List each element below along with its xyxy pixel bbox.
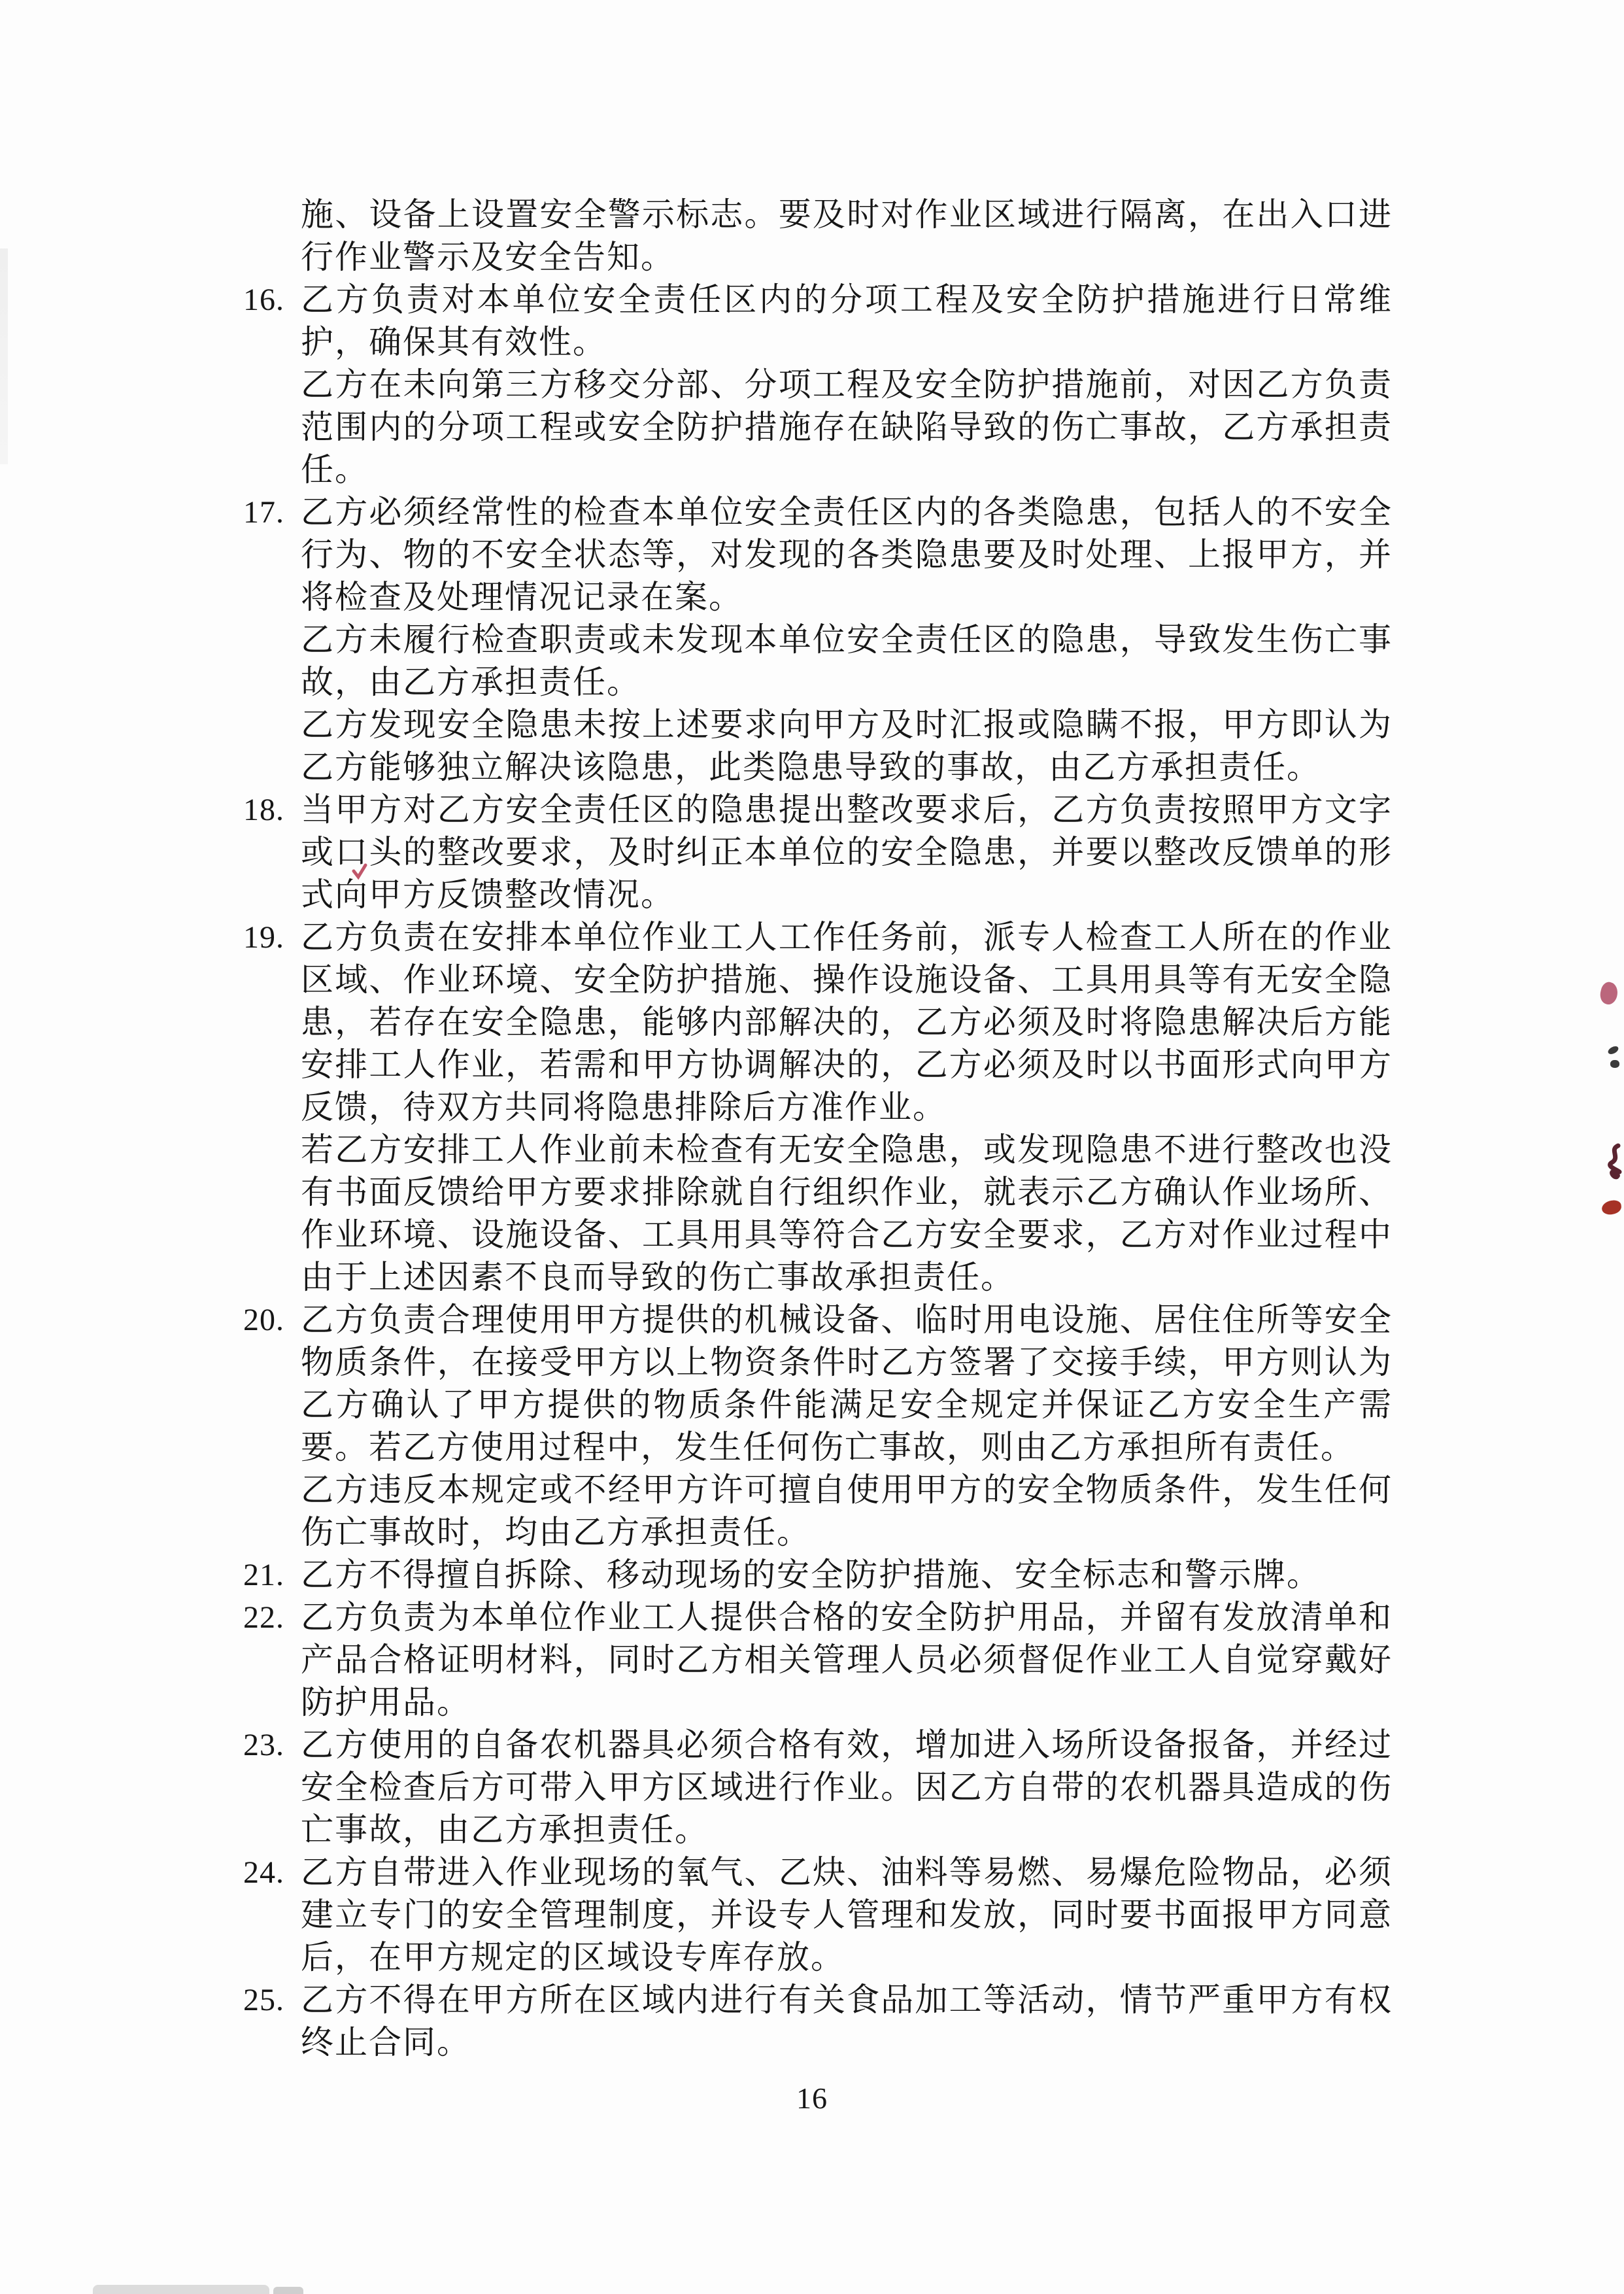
clause-number: 20.	[243, 1299, 301, 1341]
clause-paragraph: 乙方使用的自备农机器具必须合格有效，增加进入场所设备报备，并经过安全检查后方可带…	[301, 1724, 1393, 1851]
clause-number: 18.	[243, 789, 301, 831]
clause-paragraph: 乙方不得擅自拆除、移动现场的安全防护措施、安全标志和警示牌。	[301, 1554, 1393, 1596]
clause-paragraph: 当甲方对乙方安全责任区的隐患提出整改要求后，乙方负责按照甲方文字或口头的整改要求…	[301, 789, 1393, 916]
clause-text: 乙方负责在安排本单位作业工人工作任务前，派专人检查工人所在的作业区域、作业环境、…	[301, 916, 1393, 1299]
clause-text: 当甲方对乙方安全责任区的隐患提出整改要求后，乙方负责按照甲方文字或口头的整改要求…	[301, 789, 1393, 916]
clause-text: 乙方负责合理使用甲方提供的机械设备、临时用电设施、居住住所等安全物质条件，在接受…	[301, 1299, 1393, 1554]
bottom-edge-smudge	[93, 2285, 269, 2294]
carryover-paragraph-text: 施、设备上设置安全警示标志。要及时对作业区域进行隔离，在出入口进行作业警示及安全…	[301, 194, 1393, 279]
clause-number: 25.	[243, 1979, 301, 2021]
clause-paragraph: 乙方必须经常性的检查本单位安全责任区内的各类隐患，包括人的不安全行为、物的不安全…	[301, 491, 1393, 619]
clause-text: 乙方负责为本单位作业工人提供合格的安全防护用品，并留有发放清单和产品合格证明材料…	[301, 1596, 1393, 1724]
clause-text: 乙方不得在甲方所在区域内进行有关食品加工等活动，情节严重甲方有权终止合同。	[301, 1979, 1393, 2064]
carryover-paragraph-row: 施、设备上设置安全警示标志。要及时对作业区域进行隔离，在出入口进行作业警示及安全…	[243, 194, 1394, 279]
clause-row: 23.乙方使用的自备农机器具必须合格有效，增加进入场所设备报备，并经过安全检查后…	[243, 1724, 1394, 1851]
clause-row: 16.乙方负责对本单位安全责任区内的分项工程及安全防护措施进行日常维护，确保其有…	[243, 279, 1394, 491]
red-ink-blob	[1601, 1199, 1623, 1216]
clause-text: 乙方使用的自备农机器具必须合格有效，增加进入场所设备报备，并经过安全检查后方可带…	[301, 1724, 1393, 1851]
contract-text-block: 施、设备上设置安全警示标志。要及时对作业区域进行隔离，在出入口进行作业警示及安全…	[243, 194, 1394, 2064]
clause-paragraph: 乙方自带进入作业现场的氧气、乙炔、油料等易燃、易爆危险物品，必须建立专门的安全管…	[301, 1851, 1393, 1979]
clause-row: 21.乙方不得擅自拆除、移动现场的安全防护措施、安全标志和警示牌。	[243, 1554, 1394, 1596]
clause-paragraph: 施、设备上设置安全警示标志。要及时对作业区域进行隔离，在出入口进行作业警示及安全…	[301, 194, 1393, 279]
clause-paragraph: 乙方负责合理使用甲方提供的机械设备、临时用电设施、居住住所等安全物质条件，在接受…	[301, 1299, 1393, 1469]
clause-row: 22.乙方负责为本单位作业工人提供合格的安全防护用品，并留有发放清单和产品合格证…	[243, 1596, 1394, 1724]
clause-paragraph: 乙方发现安全隐患未按上述要求向甲方及时汇报或隐瞒不报，甲方即认为乙方能够独立解决…	[301, 704, 1393, 789]
clause-row: 17.乙方必须经常性的检查本单位安全责任区内的各类隐患，包括人的不安全行为、物的…	[243, 491, 1394, 789]
clause-paragraph: 乙方负责为本单位作业工人提供合格的安全防护用品，并留有发放清单和产品合格证明材料…	[301, 1596, 1393, 1724]
clause-paragraph: 乙方负责对本单位安全责任区内的分项工程及安全防护措施进行日常维护，确保其有效性。	[301, 279, 1393, 364]
clause-text: 乙方不得擅自拆除、移动现场的安全防护措施、安全标志和警示牌。	[301, 1554, 1393, 1596]
clause-paragraph: 乙方在未向第三方移交分部、分项工程及安全防护措施前，对因乙方负责范围内的分项工程…	[301, 364, 1393, 491]
clause-text: 乙方必须经常性的检查本单位安全责任区内的各类隐患，包括人的不安全行为、物的不安全…	[301, 491, 1393, 789]
clause-text: 乙方负责对本单位安全责任区内的分项工程及安全防护措施进行日常维护，确保其有效性。…	[301, 279, 1393, 491]
clause-paragraph: 乙方不得在甲方所在区域内进行有关食品加工等活动，情节严重甲方有权终止合同。	[301, 1979, 1393, 2064]
dark-ink-speck	[1610, 1060, 1619, 1068]
red-check-mark	[352, 863, 367, 880]
clause-row: 20.乙方负责合理使用甲方提供的机械设备、临时用电设施、居住住所等安全物质条件，…	[243, 1299, 1394, 1554]
contract-clauses-list: 16.乙方负责对本单位安全责任区内的分项工程及安全防护措施进行日常维护，确保其有…	[243, 279, 1394, 2064]
clause-row: 24.乙方自带进入作业现场的氧气、乙炔、油料等易燃、易爆危险物品，必须建立专门的…	[243, 1851, 1394, 1979]
clause-number: 22.	[243, 1596, 301, 1639]
clause-number: 21.	[243, 1554, 301, 1596]
page-number: 16	[0, 2081, 1624, 2115]
clause-paragraph: 若乙方安排工人作业前未检查有无安全隐患，或发现隐患不进行整改也没有书面反馈给甲方…	[301, 1129, 1393, 1299]
clause-text: 乙方自带进入作业现场的氧气、乙炔、油料等易燃、易爆危险物品，必须建立专门的安全管…	[301, 1851, 1393, 1979]
pink-ink-mark	[1598, 980, 1619, 1006]
clause-number: 17.	[243, 491, 301, 534]
clause-number: 19.	[243, 916, 301, 959]
clause-row: 25.乙方不得在甲方所在区域内进行有关食品加工等活动，情节严重甲方有权终止合同。	[243, 1979, 1394, 2064]
dark-ink-speck	[1607, 1045, 1620, 1056]
clause-paragraph: 乙方违反本规定或不经甲方许可擅自使用甲方的安全物质条件，发生任何伤亡事故时，均由…	[301, 1469, 1393, 1554]
scan-edge-streak	[0, 248, 8, 464]
clause-row: 19.乙方负责在安排本单位作业工人工作任务前，派专人检查工人所在的作业区域、作业…	[243, 916, 1394, 1299]
bottom-edge-smudge	[273, 2287, 303, 2294]
clause-paragraph: 乙方未履行检查职责或未发现本单位安全责任区的隐患，导致发生伤亡事故，由乙方承担责…	[301, 619, 1393, 704]
scanned-contract-page: 施、设备上设置安全警示标志。要及时对作业区域进行隔离，在出入口进行作业警示及安全…	[0, 0, 1624, 2294]
clause-number: 16.	[243, 279, 301, 321]
clause-paragraph: 乙方负责在安排本单位作业工人工作任务前，派专人检查工人所在的作业区域、作业环境、…	[301, 916, 1393, 1129]
clause-number: 24.	[243, 1851, 301, 1894]
clause-row: 18.当甲方对乙方安全责任区的隐患提出整改要求后，乙方负责按照甲方文字或口头的整…	[243, 789, 1394, 916]
clause-number: 23.	[243, 1724, 301, 1766]
